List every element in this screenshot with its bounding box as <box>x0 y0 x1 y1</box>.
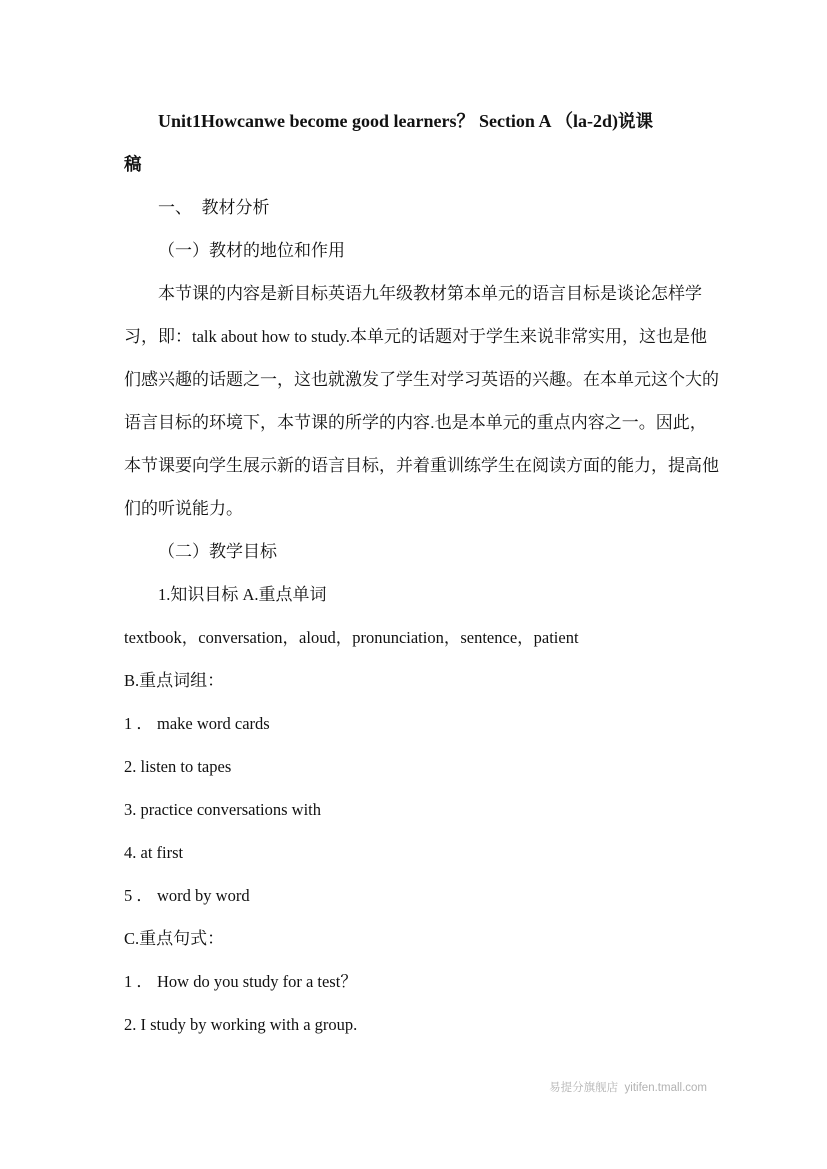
body-line: 习，即：talk about how to study.本单元的话题对于学生来说… <box>124 315 714 358</box>
watermark: 易提分旗舰店 yitifen.tmall.com <box>549 1078 707 1098</box>
body-text: 语言目标的环境下，本节课的所学的内容.也是本单元的重点内容之一。因此， <box>124 413 707 432</box>
heading-text: 一、 教材分析 <box>158 198 269 217</box>
list-item-text: 5 ． word by word <box>124 886 250 905</box>
heading-teaching-goals: （二）教学目标 <box>124 530 714 573</box>
list-marker: 1. <box>158 585 170 604</box>
key-phrase-item: 4. at first <box>124 831 714 874</box>
key-sentence-item: 2. I study by working with a group. <box>124 1003 714 1046</box>
list-item-text: 1 ． make word cards <box>124 714 270 733</box>
list-marker: B. <box>124 671 139 690</box>
body-text: 习，即： <box>124 327 192 346</box>
body-text: 们感兴趣的话题之一，这也就激发了学生对学习英语的兴趣。在本单元这个大的 <box>124 370 719 389</box>
title-text-chinese: 说课 <box>618 111 653 131</box>
heading-key-phrases: B.重点词组： <box>124 659 714 702</box>
body-text: 本节课要向学生展示新的语言目标，并着重训练学生在阅读方面的能力，提高他 <box>124 456 719 475</box>
heading-text: （二）教学目标 <box>158 542 277 561</box>
document-content: Unit1Howcanwe become good learners？ Sect… <box>124 100 714 1046</box>
heading-text: 重点单词 <box>259 585 327 604</box>
body-text-english: talk about how to study. <box>192 327 350 346</box>
body-line: 本节课的内容是新目标英语九年级教材第本单元的语言目标是谈论怎样学 <box>124 272 714 315</box>
list-marker: C. <box>124 929 139 948</box>
body-text: 本节课的内容是新目标英语九年级教材第本单元的语言目标是谈论怎样学 <box>158 284 702 303</box>
heading-material-role: （一）教材的地位和作用 <box>124 229 714 272</box>
key-phrase-item: 3. practice conversations with <box>124 788 714 831</box>
heading-knowledge-goals: 1.知识目标 A.重点单词 <box>124 573 714 616</box>
key-phrase-item: 2. listen to tapes <box>124 745 714 788</box>
key-phrase-item: 5 ． word by word <box>124 874 714 917</box>
heading-text: 重点词组： <box>139 671 224 690</box>
list-item-text: 2. I study by working with a group. <box>124 1015 357 1034</box>
title-text-latin: Unit1Howcanwe become good learners？ Sect… <box>158 111 618 131</box>
body-text: 们的听说能力。 <box>124 499 243 518</box>
list-item-text: 1 ． How do you study for a test？ <box>124 972 357 991</box>
body-line: 语言目标的环境下，本节课的所学的内容.也是本单元的重点内容之一。因此， <box>124 401 714 444</box>
heading-text: 重点句式： <box>139 929 224 948</box>
list-item-text: 4. at first <box>124 843 183 862</box>
document-page: Unit1Howcanwe become good learners？ Sect… <box>0 0 827 1169</box>
list-item-text: 2. listen to tapes <box>124 757 231 776</box>
body-line: 们感兴趣的话题之一，这也就激发了学生对学习英语的兴趣。在本单元这个大的 <box>124 358 714 401</box>
title-text-chinese-wrap: 稿 <box>124 154 142 174</box>
heading-material-analysis: 一、 教材分析 <box>124 186 714 229</box>
title-line-1: Unit1Howcanwe become good learners？ Sect… <box>124 100 714 143</box>
heading-text: （一）教材的地位和作用 <box>158 241 345 260</box>
heading-key-sentences: C.重点句式： <box>124 917 714 960</box>
body-text: 本单元的话题对于学生来说非常实用，这也是他 <box>350 327 707 346</box>
key-sentence-item: 1 ． How do you study for a test？ <box>124 960 714 1003</box>
heading-text: 知识目标 <box>170 585 238 604</box>
list-item-text: 3. practice conversations with <box>124 800 321 819</box>
key-words-text: textbook，conversation，aloud，pronunciatio… <box>124 628 579 647</box>
list-marker: A. <box>238 585 258 604</box>
key-phrase-item: 1 ． make word cards <box>124 702 714 745</box>
body-line: 们的听说能力。 <box>124 487 714 530</box>
body-line: 本节课要向学生展示新的语言目标，并着重训练学生在阅读方面的能力，提高他 <box>124 444 714 487</box>
title-line-2: 稿 <box>124 143 714 186</box>
key-words-line: textbook，conversation，aloud，pronunciatio… <box>124 616 714 659</box>
